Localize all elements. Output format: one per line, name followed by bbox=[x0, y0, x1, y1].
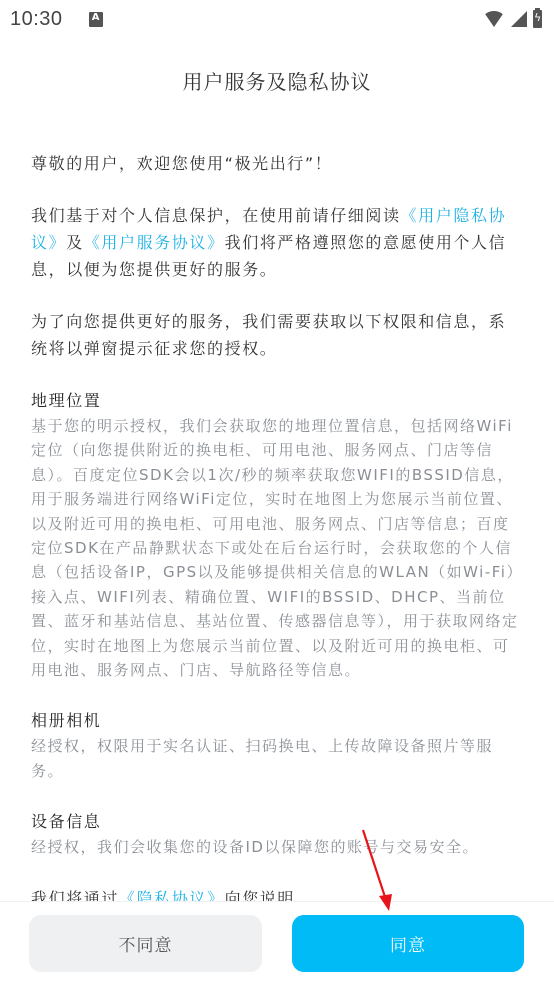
section-location: 地理位置 基于您的明示授权，我们会获取您的地理位置信息，包括网络WiFi定位（向… bbox=[31, 387, 523, 682]
bottom-action-bar: 不同意 同意 bbox=[0, 901, 554, 984]
section-body-camera: 经授权，权限用于实名认证、扫码换电、上传故障设备照片等服务。 bbox=[31, 734, 523, 783]
notification-a-icon: A bbox=[89, 12, 103, 27]
section-title-location: 地理位置 bbox=[31, 387, 523, 414]
section-device: 设备信息 经授权，我们会收集您的设备ID以保障您的账号与交易安全。 bbox=[31, 808, 523, 859]
service-agreement-link[interactable]: 《用户服务协议》 bbox=[84, 233, 225, 252]
section-title-device: 设备信息 bbox=[31, 808, 523, 835]
section-body-device: 经授权，我们会收集您的设备ID以保障您的账号与交易安全。 bbox=[31, 835, 523, 859]
wifi-icon bbox=[483, 11, 505, 27]
footer-text-before: 我们将通过 bbox=[31, 889, 119, 902]
disagree-button[interactable]: 不同意 bbox=[29, 915, 262, 972]
section-body-location: 基于您的明示授权，我们会获取您的地理位置信息，包括网络WiFi定位（向您提供附近… bbox=[31, 414, 523, 682]
intro-text-middle: 及 bbox=[66, 233, 84, 252]
cellular-signal-icon bbox=[511, 11, 527, 27]
status-icons bbox=[483, 10, 542, 28]
intro-text-before: 我们基于对个人信息保护，在使用前请仔细阅读 bbox=[31, 206, 401, 225]
agree-button[interactable]: 同意 bbox=[292, 915, 524, 972]
status-time: 10:30 bbox=[10, 8, 63, 31]
footer-partial-text: 我们将通过《隐私协议》向您说明 bbox=[31, 885, 523, 902]
status-bar: 10:30 A bbox=[0, 0, 554, 38]
agreement-content[interactable]: 尊敬的用户，欢迎您使用“极光出行”！ 我们基于对个人信息保护，在使用前请仔细阅读… bbox=[31, 150, 523, 902]
section-title-camera: 相册相机 bbox=[31, 707, 523, 734]
section-camera: 相册相机 经授权，权限用于实名认证、扫码换电、上传故障设备照片等服务。 bbox=[31, 707, 523, 783]
intro-paragraph: 我们基于对个人信息保护，在使用前请仔细阅读《用户隐私协议》及《用户服务协议》我们… bbox=[31, 202, 523, 283]
footer-text-after: 向您说明 bbox=[225, 889, 295, 902]
footer-privacy-link[interactable]: 《隐私协议》 bbox=[119, 889, 225, 902]
battery-charging-icon bbox=[533, 10, 542, 28]
permissions-intro-text: 为了向您提供更好的服务，我们需要获取以下权限和信息，系统将以弹窗提示征求您的授权… bbox=[31, 308, 523, 362]
dialog-title: 用户服务及隐私协议 bbox=[0, 66, 554, 95]
greeting-text: 尊敬的用户，欢迎您使用“极光出行”！ bbox=[31, 150, 523, 177]
